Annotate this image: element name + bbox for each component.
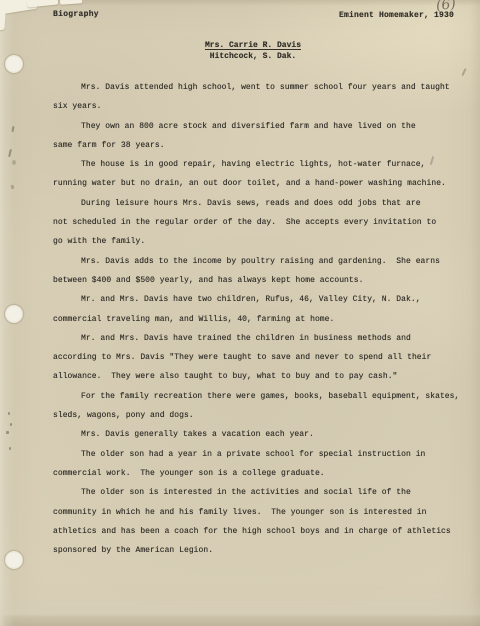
text-line: The older son is interested in the activ… — [53, 483, 463, 502]
handwritten-page-number: (6) — [435, 0, 456, 14]
location-subtitle: Hitchcock, S. Dak. — [26, 52, 480, 63]
text-line: six years. — [53, 97, 463, 116]
text-line: The house is in good repair, having elec… — [53, 155, 463, 174]
text-line: Mrs. Davis generally takes a vacation ea… — [53, 425, 463, 444]
scanned-document-page: Biography Eminent Homemaker, 1930 (6) Mr… — [0, 0, 480, 626]
text-line: same farm for 38 years. — [53, 136, 463, 155]
text-line: sleds, wagons, pony and dogs. — [53, 406, 463, 425]
text-line: During leisure hours Mrs. Davis sews, re… — [53, 194, 463, 213]
text-line: athletics and has been a coach for the h… — [53, 522, 463, 541]
text-line: They own an 800 acre stock and diversifi… — [53, 117, 463, 136]
text-line: Mrs. Davis adds to the income by poultry… — [53, 252, 463, 271]
title-block: Mrs. Carrie R. Davis Hitchcock, S. Dak. — [26, 41, 480, 62]
pencil-mark — [8, 149, 11, 157]
punch-hole — [5, 551, 23, 569]
text-line: allowance. They were also taught to buy,… — [53, 367, 463, 386]
pencil-mark — [6, 431, 9, 434]
text-line: running water but no drain, an out door … — [53, 174, 463, 193]
text-line: commercial work. The younger son is a co… — [53, 464, 463, 483]
text-line: go with the family. — [53, 232, 463, 251]
document-type-label: Biography — [53, 10, 99, 19]
punch-hole — [5, 305, 23, 323]
paper-tear — [27, 0, 59, 8]
text-line: community in which he and his family liv… — [53, 503, 463, 522]
text-line: For the family recreation there were gam… — [53, 387, 463, 406]
person-name-title: Mrs. Carrie R. Davis — [26, 41, 480, 52]
text-line: The older son had a year in a private sc… — [53, 445, 463, 464]
text-line: not scheduled in the regular order of th… — [53, 213, 463, 232]
paper-tear — [60, 0, 82, 5]
pencil-mark — [8, 412, 10, 415]
paper-tear — [0, 11, 6, 31]
pencil-mark — [461, 68, 466, 76]
text-line: Mr. and Mrs. Davis have trained the chil… — [53, 329, 463, 348]
pencil-mark — [12, 160, 16, 165]
pencil-mark — [11, 126, 14, 132]
text-line: commercial traveling man, and Willis, 40… — [53, 310, 463, 329]
punch-hole — [5, 55, 23, 73]
document-body: Mrs. Davis attended high school, went to… — [53, 78, 463, 560]
text-line: Mr. and Mrs. Davis have two children, Ru… — [53, 290, 463, 309]
pencil-mark — [10, 185, 14, 190]
text-line: Mrs. Davis attended high school, went to… — [53, 78, 463, 97]
pencil-mark — [10, 423, 12, 426]
pencil-mark — [9, 447, 11, 450]
text-line: between $400 and $500 yearly, and has al… — [53, 271, 463, 290]
text-line: sponsored by the American Legion. — [53, 541, 463, 560]
text-line: according to Mrs. Davis "They were taugh… — [53, 348, 463, 367]
